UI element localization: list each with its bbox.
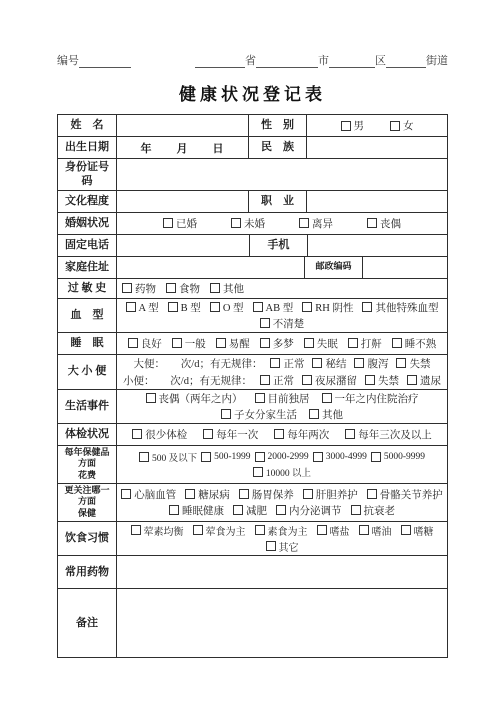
- sleep-checkbox-group: 良好一般易醒多梦失眠打鼾睡不熟: [116, 333, 447, 354]
- table-row-id: 身份证号码: [58, 158, 447, 190]
- checkbox-option-label: O 型: [223, 300, 244, 315]
- checkbox-option[interactable]: 减肥: [233, 503, 267, 518]
- checkbox-icon: [121, 489, 131, 499]
- checkbox-option-label: 丧偶（两年之内）: [159, 391, 243, 406]
- checkbox-option[interactable]: 其他: [210, 281, 244, 296]
- checkbox-icon: [201, 452, 211, 462]
- checkbox-option-label: 肠胃保养: [252, 487, 294, 502]
- checkbox-icon: [304, 338, 314, 348]
- ethnicity-label: 民 族: [248, 137, 306, 158]
- checkbox-option-label: AB 型: [266, 300, 294, 315]
- checkbox-option-label: 其他: [223, 281, 244, 296]
- checkbox-option[interactable]: 嗜盐: [317, 523, 350, 538]
- address-input-cell[interactable]: [116, 257, 304, 278]
- district-blank[interactable]: [329, 56, 375, 68]
- checkbox-option-label: 心脑血管: [134, 487, 176, 502]
- checkbox-option[interactable]: 500 及以下: [139, 450, 197, 464]
- checkbox-option-label: 其他特殊血型: [375, 300, 438, 315]
- checkbox-option[interactable]: 良好: [128, 336, 162, 351]
- checkbox-icon: [260, 338, 270, 348]
- table-row-dob: 出生日期 年 月 日 民 族: [58, 136, 447, 158]
- checkbox-option-label: 每年三次及以上: [358, 427, 432, 442]
- zip-label: 邮政编码: [304, 257, 362, 278]
- allergy-checkbox-group: 药物食物其他: [116, 279, 447, 298]
- checkbox-option-label: 抗衰老: [364, 503, 396, 518]
- checkbox-option-label: 失眠: [317, 336, 338, 351]
- mobile-input-cell[interactable]: [307, 235, 447, 256]
- checkbox-icon: [371, 452, 381, 462]
- checkbox-icon: [131, 525, 141, 535]
- blood-type-label: 血 型: [58, 299, 116, 332]
- table-row-excretion: 大 小 便 大便： 次/d；有无规律： 正常秘结腹泻失禁 小便： 次/d；有无规…: [58, 354, 447, 389]
- checkbox-option[interactable]: 糖尿病: [185, 487, 230, 502]
- checkbox-option[interactable]: 遗尿: [407, 373, 441, 388]
- table-row-diet: 饮食习惯 荤素均衡荤食为主素食为主嗜盐嗜油嗜糖其它: [58, 521, 447, 555]
- checkbox-option-label: 不清楚: [273, 316, 305, 331]
- checkbox-option-label: 失禁: [409, 356, 430, 371]
- checkbox-icon: [266, 541, 276, 551]
- allergy-label: 过 敏 史: [58, 279, 116, 298]
- dob-input-cell[interactable]: 年 月 日: [116, 137, 248, 158]
- notes-label: 备注: [58, 589, 116, 657]
- checkbox-icon: [260, 318, 270, 328]
- checkbox-icon: [348, 338, 358, 348]
- checkbox-icon: [270, 358, 280, 368]
- checkbox-option[interactable]: 素食为主: [255, 523, 308, 538]
- checkbox-option[interactable]: 荤素均衡: [131, 523, 184, 538]
- checkbox-icon: [345, 429, 355, 439]
- checkbox-option[interactable]: 易醒: [216, 336, 250, 351]
- checkbox-option[interactable]: 5000-9999: [371, 452, 425, 462]
- checkbox-option-label: 5000-9999: [384, 452, 425, 462]
- checkbox-option[interactable]: 打鼾: [348, 336, 382, 351]
- checkbox-option-label: 腹泻: [367, 356, 388, 371]
- checkbox-option-label: 睡不熟: [405, 336, 437, 351]
- checkbox-icon: [365, 375, 375, 385]
- checkbox-option-label: 女: [403, 118, 414, 133]
- checkbox-option-label: 糖尿病: [198, 487, 230, 502]
- urine-checkbox-group: 正常夜尿潴留失禁遗尿: [260, 373, 441, 388]
- province-label: 省: [245, 52, 256, 68]
- checkbox-option[interactable]: 正常: [260, 373, 294, 388]
- checkbox-icon: [168, 302, 178, 312]
- checkbox-option[interactable]: 秘结: [312, 356, 346, 371]
- checkbox-option-label: 2000-2999: [268, 452, 309, 462]
- checkbox-option[interactable]: 肠胃保养: [239, 487, 294, 502]
- checkbox-option[interactable]: 已婚: [163, 216, 197, 231]
- checkbox-option-label: 男: [354, 118, 365, 133]
- checkbox-option[interactable]: 嗜油: [359, 523, 392, 538]
- checkbox-icon: [132, 429, 142, 439]
- occupation-label: 职 业: [248, 191, 306, 212]
- checkbox-icon: [239, 489, 249, 499]
- table-row-supplement-cost: 每年保健品方面 花费 500 及以下500-19992000-29993000-…: [58, 445, 447, 483]
- checkbox-option[interactable]: O 型: [210, 300, 244, 315]
- blood-type-checkbox-group: A 型B 型O 型AB 型RH 阴性其他特殊血型不清楚: [116, 299, 447, 332]
- checkbox-option-label: 很少体检: [145, 427, 187, 442]
- checkbox-option[interactable]: 其他特殊血型: [362, 300, 438, 315]
- checkbox-option[interactable]: 一般: [172, 336, 206, 351]
- checkbox-option[interactable]: 嗜糖: [401, 523, 434, 538]
- checkbox-option-label: 子女分家生活: [234, 407, 297, 422]
- checkbox-option[interactable]: 女: [390, 118, 414, 133]
- checkup-checkbox-group: 很少体检每年一次每年两次每年三次及以上: [116, 424, 447, 445]
- checkbox-option-label: 每年两次: [287, 427, 329, 442]
- table-row-allergy: 过 敏 史 药物食物其他: [58, 278, 447, 298]
- checkbox-option[interactable]: 骨骼关节养护: [367, 487, 443, 502]
- street-label: 街道: [426, 52, 448, 68]
- checkbox-icon: [210, 302, 220, 312]
- checkbox-icon: [253, 467, 263, 477]
- checkbox-icon: [169, 505, 179, 515]
- province-blank[interactable]: [195, 56, 245, 68]
- checkbox-icon: [126, 302, 136, 312]
- checkbox-option-label: 失禁: [378, 373, 399, 388]
- checkbox-option[interactable]: B 型: [168, 300, 201, 315]
- form-number-label: 编号: [57, 52, 79, 68]
- landline-label: 固定电话: [58, 235, 116, 256]
- education-input-cell[interactable]: [116, 191, 248, 212]
- checkbox-option-label: 睡眠健康: [182, 503, 224, 518]
- checkbox-icon: [276, 505, 286, 515]
- checkbox-option[interactable]: 睡眠健康: [169, 503, 224, 518]
- id-number-input-cell[interactable]: [116, 159, 447, 190]
- checkbox-option-label: 易醒: [229, 336, 250, 351]
- checkbox-option-label: B 型: [181, 300, 201, 315]
- checkbox-option[interactable]: 每年两次: [274, 427, 329, 442]
- checkbox-icon: [146, 393, 156, 403]
- checkbox-icon: [216, 338, 226, 348]
- checkbox-option[interactable]: 内分泌调节: [276, 503, 342, 518]
- checkbox-option[interactable]: 夜尿潴留: [302, 373, 357, 388]
- checkbox-option-label: 打鼾: [361, 336, 382, 351]
- checkbox-option[interactable]: RH 阴性: [302, 300, 353, 315]
- form-number-blank[interactable]: [79, 56, 131, 68]
- address-label: 家庭住址: [58, 257, 116, 278]
- checkbox-icon: [128, 338, 138, 348]
- checkbox-option[interactable]: 一年之内住院治疗: [322, 391, 419, 406]
- checkbox-option[interactable]: 丧偶: [367, 216, 401, 231]
- occupation-input-cell[interactable]: [306, 191, 447, 212]
- checkbox-option-label: 正常: [273, 373, 294, 388]
- page-title: 健康状况登记表: [57, 80, 448, 105]
- supplement-cost-label: 每年保健品方面 花费: [58, 446, 116, 483]
- city-blank[interactable]: [256, 56, 318, 68]
- name-label: 姓 名: [58, 115, 116, 136]
- name-input-cell[interactable]: [116, 115, 248, 136]
- checkbox-icon: [396, 358, 406, 368]
- life-events-label: 生活事件: [58, 390, 116, 423]
- checkbox-option-label: 每年一次: [216, 427, 258, 442]
- checkbox-icon: [317, 525, 327, 535]
- table-row-address: 家庭住址 邮政编码: [58, 256, 447, 278]
- checkbox-option-label: 500 及以下: [152, 450, 197, 464]
- checkbox-option[interactable]: 抗衰老: [351, 503, 396, 518]
- district-label: 区: [375, 52, 386, 68]
- checkbox-icon: [354, 358, 364, 368]
- checkbox-icon: [313, 452, 323, 462]
- checkup-label: 体检状况: [58, 424, 116, 445]
- checkbox-option[interactable]: 腹泻: [354, 356, 388, 371]
- checkbox-option-label: 骨骼关节养护: [380, 487, 443, 502]
- diet-checkbox-group: 荤素均衡荤食为主素食为主嗜盐嗜油嗜糖其它: [116, 522, 447, 555]
- stool-prefix: 大便： 次/d；有无规律：: [134, 356, 263, 371]
- supplement-cost-checkbox-group: 500 及以下500-19992000-29993000-49995000-99…: [116, 446, 447, 483]
- dob-label: 出生日期: [58, 137, 116, 158]
- checkbox-option-label: 目前独居: [268, 391, 310, 406]
- checkbox-option[interactable]: 失禁: [365, 373, 399, 388]
- checkbox-icon: [351, 505, 361, 515]
- checkbox-icon: [367, 218, 377, 228]
- checkbox-option[interactable]: 多梦: [260, 336, 294, 351]
- checkbox-option-label: 已婚: [176, 216, 197, 231]
- urine-prefix: 小便： 次/d；有无规律：: [123, 373, 252, 388]
- checkbox-icon: [210, 283, 220, 293]
- registration-table: 姓 名 性 别 男女 出生日期 年 月 日 民 族 身份证号码 文化程度 职 业…: [57, 114, 448, 658]
- gender-label: 性 别: [248, 115, 306, 136]
- checkbox-option[interactable]: 其他: [309, 407, 343, 422]
- street-blank[interactable]: [386, 56, 426, 68]
- checkbox-icon: [303, 489, 313, 499]
- diet-label: 饮食习惯: [58, 522, 116, 555]
- sleep-label: 睡 眠: [58, 333, 116, 354]
- checkbox-option[interactable]: A 型: [126, 300, 159, 315]
- education-label: 文化程度: [58, 191, 116, 212]
- checkbox-icon: [253, 302, 263, 312]
- checkbox-icon: [139, 452, 149, 462]
- checkbox-option[interactable]: 丧偶（两年之内）: [146, 391, 243, 406]
- checkbox-option[interactable]: 2000-2999: [255, 452, 309, 462]
- id-number-label: 身份证号码: [58, 159, 116, 190]
- table-row-name: 姓 名 性 别 男女: [58, 115, 447, 136]
- checkbox-option-label: 丧偶: [380, 216, 401, 231]
- checkbox-option-label: 一年之内住院治疗: [335, 391, 419, 406]
- checkbox-icon: [401, 525, 411, 535]
- table-row-life-events: 生活事件 丧偶（两年之内）目前独居一年之内住院治疗子女分家生活其他: [58, 389, 447, 423]
- table-row-checkup: 体检状况 很少体检每年一次每年两次每年三次及以上: [58, 423, 447, 445]
- marriage-checkbox-group: 已婚未婚离异丧偶: [116, 213, 447, 234]
- checkbox-icon: [172, 338, 182, 348]
- checkbox-option[interactable]: 睡不熟: [392, 336, 437, 351]
- checkbox-option-label: 遗尿: [420, 373, 441, 388]
- table-row-sleep: 睡 眠 良好一般易醒多梦失眠打鼾睡不熟: [58, 332, 447, 354]
- checkbox-icon: [122, 283, 132, 293]
- table-row-blood-type: 血 型 A 型B 型O 型AB 型RH 阴性其他特殊血型不清楚: [58, 298, 447, 332]
- checkbox-option-label: 药物: [135, 281, 156, 296]
- checkbox-option[interactable]: 离异: [299, 216, 333, 231]
- header-line: 编号 省市区街道: [57, 52, 448, 68]
- stool-line: 大便： 次/d；有无规律： 正常秘结腹泻失禁: [120, 356, 444, 371]
- checkbox-icon: [260, 375, 270, 385]
- checkbox-option[interactable]: 每年一次: [203, 427, 258, 442]
- checkbox-icon: [299, 218, 309, 228]
- checkbox-option-label: 嗜盐: [330, 523, 350, 538]
- checkbox-option[interactable]: 正常: [270, 356, 304, 371]
- checkbox-icon: [185, 489, 195, 499]
- checkbox-icon: [221, 409, 231, 419]
- table-row-marriage: 婚姻状况 已婚未婚离异丧偶: [58, 212, 447, 234]
- checkbox-option-label: 食物: [179, 281, 200, 296]
- checkbox-icon: [203, 429, 213, 439]
- ethnicity-input-cell[interactable]: [306, 137, 447, 158]
- excretion-content: 大便： 次/d；有无规律： 正常秘结腹泻失禁 小便： 次/d；有无规律： 正常夜…: [116, 355, 447, 389]
- checkbox-option-label: 嗜油: [372, 523, 392, 538]
- checkbox-icon: [362, 302, 372, 312]
- health-focus-label: 更关注哪一方面 保健: [58, 484, 116, 521]
- checkbox-option-label: 良好: [141, 336, 162, 351]
- urine-line: 小便： 次/d；有无规律： 正常夜尿潴留失禁遗尿: [120, 373, 444, 388]
- checkbox-icon: [231, 218, 241, 228]
- checkbox-icon: [274, 429, 284, 439]
- checkbox-icon: [367, 489, 377, 499]
- table-row-medication: 常用药物: [58, 555, 447, 588]
- checkbox-option-label: 10000 以上: [266, 465, 311, 479]
- checkbox-icon: [233, 505, 243, 515]
- landline-input-cell[interactable]: [116, 235, 249, 256]
- checkbox-option[interactable]: 未婚: [231, 216, 265, 231]
- checkbox-option[interactable]: 失禁: [396, 356, 430, 371]
- checkbox-option[interactable]: 药物: [122, 281, 156, 296]
- checkbox-option[interactable]: 不清楚: [260, 316, 305, 331]
- medication-input-cell[interactable]: [116, 556, 447, 588]
- checkbox-option-label: 秘结: [325, 356, 346, 371]
- checkbox-option[interactable]: 很少体检: [132, 427, 187, 442]
- mobile-label: 手机: [249, 235, 307, 256]
- checkbox-icon: [390, 121, 400, 131]
- table-row-health-focus: 更关注哪一方面 保健 心脑血管糖尿病肠胃保养肝胆养护骨骼关节养护睡眠健康减肥内分…: [58, 483, 447, 521]
- medication-label: 常用药物: [58, 556, 116, 588]
- region-fields: 省市区街道: [195, 52, 448, 68]
- checkbox-icon: [255, 393, 265, 403]
- checkbox-option[interactable]: 10000 以上: [253, 465, 311, 479]
- city-label: 市: [318, 52, 329, 68]
- table-row-notes: 备注: [58, 588, 447, 657]
- checkbox-option-label: 正常: [283, 356, 304, 371]
- checkbox-icon: [302, 302, 312, 312]
- notes-input-cell[interactable]: [116, 589, 447, 657]
- checkbox-option-label: 荤素均衡: [144, 523, 184, 538]
- checkbox-option-label: 多梦: [273, 336, 294, 351]
- checkbox-icon: [302, 375, 312, 385]
- checkbox-option[interactable]: 目前独居: [255, 391, 310, 406]
- checkbox-icon: [392, 338, 402, 348]
- table-row-education: 文化程度 职 业: [58, 190, 447, 212]
- gender-checkbox-group: 男女: [306, 115, 447, 136]
- checkbox-option[interactable]: 心脑血管: [121, 487, 176, 502]
- checkbox-icon: [193, 525, 203, 535]
- form-number-field: 编号: [57, 52, 131, 68]
- checkbox-option-label: 内分泌调节: [289, 503, 342, 518]
- checkbox-option-label: 肝胆养护: [316, 487, 358, 502]
- checkbox-option-label: 减肥: [246, 503, 267, 518]
- checkbox-option[interactable]: 失眠: [304, 336, 338, 351]
- checkbox-option[interactable]: 子女分家生活: [221, 407, 297, 422]
- checkbox-option[interactable]: 3000-4999: [313, 452, 367, 462]
- checkbox-option[interactable]: 每年三次及以上: [345, 427, 432, 442]
- checkbox-icon: [407, 375, 417, 385]
- checkbox-icon: [255, 525, 265, 535]
- checkbox-option[interactable]: AB 型: [253, 300, 294, 315]
- zip-input-cell[interactable]: [362, 257, 447, 278]
- checkbox-option[interactable]: 食物: [166, 281, 200, 296]
- life-events-checkbox-group: 丧偶（两年之内）目前独居一年之内住院治疗子女分家生活其他: [116, 390, 447, 423]
- checkbox-option[interactable]: 荤食为主: [193, 523, 246, 538]
- table-row-phone: 固定电话 手机: [58, 234, 447, 256]
- checkbox-option-label: 嗜糖: [414, 523, 434, 538]
- checkbox-option[interactable]: 男: [341, 118, 365, 133]
- checkbox-icon: [359, 525, 369, 535]
- checkbox-option-label: 一般: [185, 336, 206, 351]
- checkbox-option-label: 500-1999: [214, 452, 250, 462]
- checkbox-option-label: 荤食为主: [206, 523, 246, 538]
- checkbox-option[interactable]: 肝胆养护: [303, 487, 358, 502]
- checkbox-option-label: 3000-4999: [326, 452, 367, 462]
- checkbox-option-label: A 型: [139, 300, 159, 315]
- checkbox-icon: [255, 452, 265, 462]
- excretion-label: 大 小 便: [58, 355, 116, 389]
- checkbox-option[interactable]: 其它: [266, 539, 299, 554]
- checkbox-option[interactable]: 500-1999: [201, 452, 250, 462]
- checkbox-option-label: 夜尿潴留: [315, 373, 357, 388]
- stool-checkbox-group: 正常秘结腹泻失禁: [270, 356, 430, 371]
- checkbox-icon: [309, 409, 319, 419]
- checkbox-option-label: 素食为主: [268, 523, 308, 538]
- checkbox-option-label: 其它: [279, 539, 299, 554]
- marriage-label: 婚姻状况: [58, 213, 116, 234]
- checkbox-option-label: 离异: [312, 216, 333, 231]
- checkbox-icon: [322, 393, 332, 403]
- checkbox-option-label: 未婚: [244, 216, 265, 231]
- checkbox-icon: [166, 283, 176, 293]
- checkbox-option-label: 其他: [322, 407, 343, 422]
- checkbox-option-label: RH 阴性: [315, 300, 353, 315]
- checkbox-icon: [312, 358, 322, 368]
- checkbox-icon: [163, 218, 173, 228]
- health-focus-checkbox-group: 心脑血管糖尿病肠胃保养肝胆养护骨骼关节养护睡眠健康减肥内分泌调节抗衰老: [116, 484, 447, 521]
- form-page: 编号 省市区街道 健康状况登记表 姓 名 性 别 男女 出生日期 年 月 日 民…: [0, 0, 500, 708]
- checkbox-icon: [341, 121, 351, 131]
